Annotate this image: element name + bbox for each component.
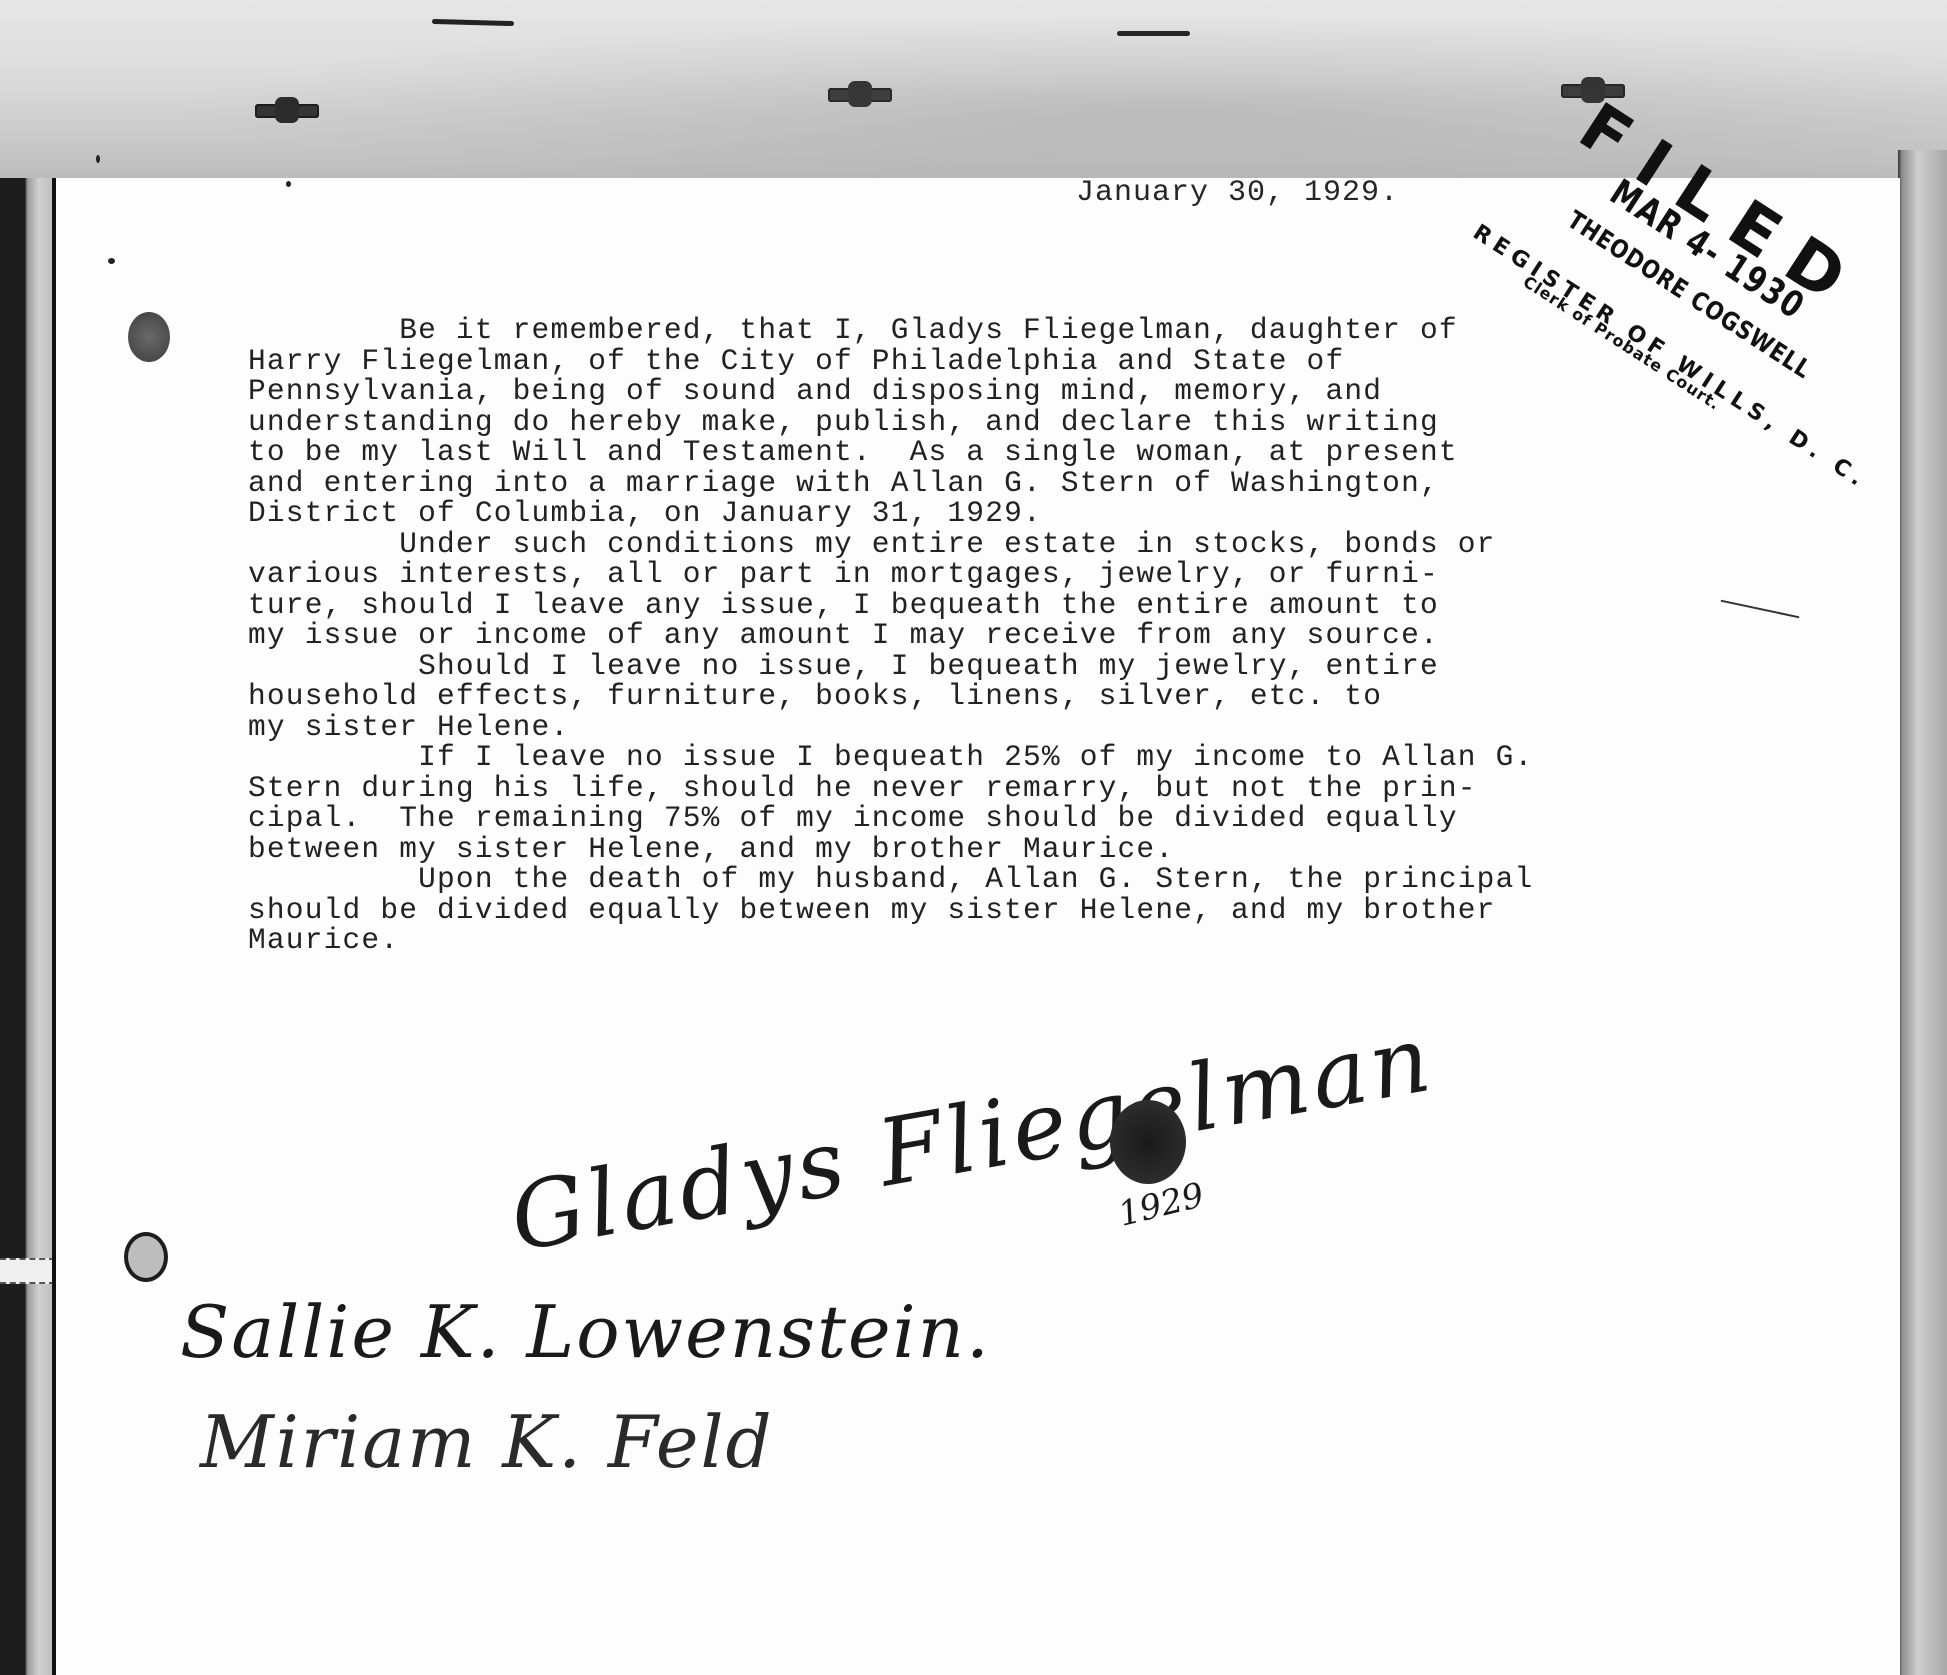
typed-line: Maurice. bbox=[248, 925, 1708, 956]
wax-seal-icon bbox=[1110, 1100, 1186, 1184]
typed-line: ture, should I leave any issue, I bequea… bbox=[248, 590, 1708, 621]
binding-clip-icon bbox=[255, 97, 319, 123]
typed-line: If I leave no issue I bequeath 25% of my… bbox=[248, 742, 1708, 773]
will-paragraph: Under such conditions my entire estate i… bbox=[248, 529, 1708, 651]
typed-line: cipal. The remaining 75% of my income sh… bbox=[248, 803, 1708, 834]
typed-line: Should I leave no issue, I bequeath my j… bbox=[248, 651, 1708, 682]
folder-tear bbox=[0, 1258, 55, 1284]
witness-signature-1: Sallie K. Lowenstein. bbox=[180, 1290, 991, 1374]
typed-line: household effects, furniture, books, lin… bbox=[248, 681, 1708, 712]
binding-dash bbox=[432, 19, 514, 26]
typed-line: Under such conditions my entire estate i… bbox=[248, 529, 1708, 560]
typed-line: Be it remembered, that I, Gladys Fliegel… bbox=[248, 315, 1708, 346]
typed-line: Harry Fliegelman, of the City of Philade… bbox=[248, 346, 1708, 377]
will-paragraph: Be it remembered, that I, Gladys Fliegel… bbox=[248, 315, 1708, 529]
punch-hole-icon bbox=[124, 1232, 168, 1282]
typed-line: between my sister Helene, and my brother… bbox=[248, 834, 1708, 865]
typed-line: my issue or income of any amount I may r… bbox=[248, 620, 1708, 651]
witness-signature-2: Miriam K. Feld bbox=[200, 1400, 774, 1484]
typed-line: Pennsylvania, being of sound and disposi… bbox=[248, 376, 1708, 407]
typed-line: Upon the death of my husband, Allan G. S… bbox=[248, 864, 1708, 895]
will-body: Be it remembered, that I, Gladys Fliegel… bbox=[248, 315, 1708, 956]
typed-line: Stern during his life, should he never r… bbox=[248, 773, 1708, 804]
typed-line: my sister Helene. bbox=[248, 712, 1708, 743]
ink-speck bbox=[108, 258, 115, 264]
left-folder-edge bbox=[0, 178, 55, 1675]
punch-hole-icon bbox=[128, 312, 170, 362]
will-paragraph: Upon the death of my husband, Allan G. S… bbox=[248, 864, 1708, 956]
typed-line: and entering into a marriage with Allan … bbox=[248, 468, 1708, 499]
ink-speck bbox=[286, 181, 291, 187]
ink-speck bbox=[96, 155, 100, 163]
typed-line: District of Columbia, on January 31, 192… bbox=[248, 498, 1708, 529]
typed-line: should be divided equally between my sis… bbox=[248, 895, 1708, 926]
typed-line: to be my last Will and Testament. As a s… bbox=[248, 437, 1708, 468]
typed-line: various interests, all or part in mortga… bbox=[248, 559, 1708, 590]
typed-line: understanding do hereby make, publish, a… bbox=[248, 407, 1708, 438]
document-date: January 30, 1929. bbox=[1076, 176, 1399, 210]
will-paragraph: Should I leave no issue, I bequeath my j… bbox=[248, 651, 1708, 743]
binding-clip-icon bbox=[828, 81, 892, 107]
binding-dash bbox=[1117, 31, 1190, 36]
will-paragraph: If I leave no issue I bequeath 25% of my… bbox=[248, 742, 1708, 864]
